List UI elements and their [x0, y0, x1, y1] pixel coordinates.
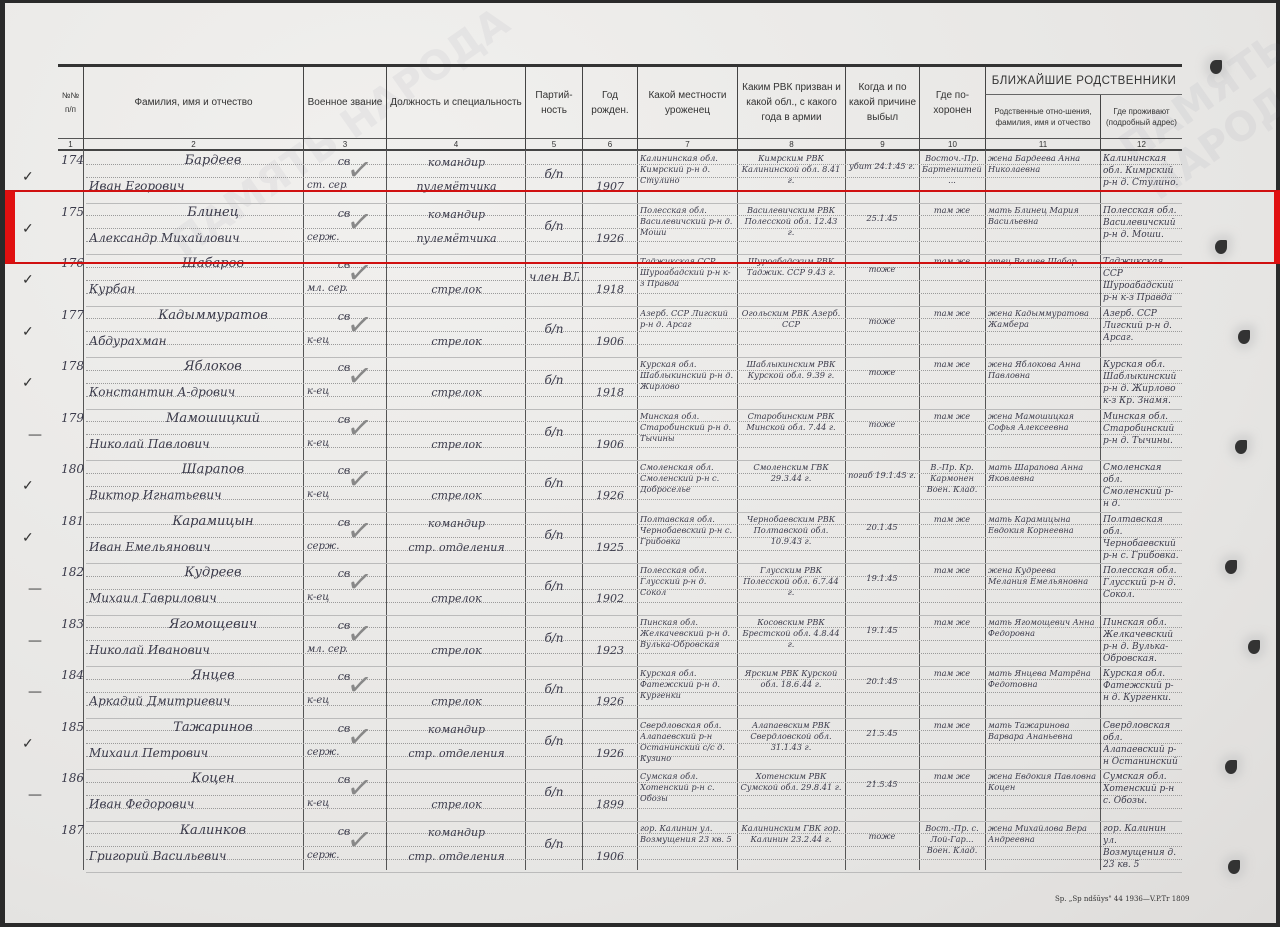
- birthplace: Полесская обл. Глусский р-н д. Сокол: [640, 565, 734, 613]
- date-and-cause: тоже: [848, 359, 916, 415]
- birth-year: 1926: [586, 489, 634, 502]
- birth-year: 1925: [586, 541, 634, 554]
- margin-check-mark: ✓: [22, 736, 34, 752]
- birthplace: Полтавская обл. Чернобаевский р-н с. Гри…: [640, 514, 734, 562]
- record-number: 185: [56, 720, 84, 734]
- header-col-10: Где по-хоронен: [919, 67, 985, 138]
- party: б/п: [529, 373, 579, 387]
- party: б/п: [529, 734, 579, 748]
- position: стр. отделения: [394, 850, 519, 863]
- header-col-9: Когда и по какой причине выбыл: [845, 67, 919, 138]
- verification-tick-icon: ✓: [345, 718, 375, 756]
- military-rank: к-ец: [307, 335, 347, 346]
- birth-year: 1906: [586, 438, 634, 451]
- record-number: 177: [56, 308, 84, 322]
- header-group-relatives: БЛИЖАЙШИЕ РОДСТВЕННИКИ: [985, 67, 1182, 95]
- burial-place: там же: [922, 771, 982, 819]
- position: стрелок: [394, 798, 519, 811]
- date-and-cause: 20.1.45: [848, 514, 916, 570]
- conscription-office: Глусским РВК Полесской обл. 6.7.44 г.: [740, 565, 842, 613]
- margin-check-mark: ✓: [22, 530, 34, 546]
- position-title: командир: [394, 723, 519, 736]
- relative-address: гор. Калинин ул. Возмущения д. 23 кв. 5: [1103, 823, 1179, 871]
- birthplace: Смоленская обл. Смоленский р-н с. Доброс…: [640, 462, 734, 510]
- birth-year: 1899: [586, 798, 634, 811]
- party: б/п: [529, 528, 579, 542]
- header-col-5: Партий-ность: [525, 67, 582, 138]
- relative-name: жена Михайлова Вера Андреевна: [988, 823, 1097, 871]
- burial-place: там же: [922, 411, 982, 459]
- record-number: 178: [56, 359, 84, 373]
- birthplace: гор. Калинин ул. Возмущения 23 кв. 5: [640, 823, 734, 871]
- position: стр. отделения: [394, 747, 519, 760]
- given-names: Константин А-дрович: [89, 385, 299, 399]
- given-names: Михаил Петрович: [89, 746, 299, 760]
- position: стрелок: [394, 592, 519, 605]
- punch-hole: [1238, 330, 1250, 344]
- position-title: командир: [394, 826, 519, 839]
- position: стрелок: [394, 335, 519, 348]
- party: б/п: [529, 682, 579, 696]
- given-names: Николай Иванович: [89, 643, 299, 657]
- margin-check-mark: ✓: [22, 478, 34, 494]
- printer-imprint: Sp. „Sp ndšūys" 44 1936—V.P.Tr 1809: [1055, 895, 1190, 903]
- burial-place: там же: [922, 359, 982, 407]
- given-names: Иван Емельянович: [89, 540, 299, 554]
- position: стрелок: [394, 283, 519, 296]
- military-rank: к-ец: [307, 438, 347, 449]
- surname: Кадыммуратов: [133, 308, 293, 323]
- punch-hole: [1210, 60, 1222, 74]
- verification-tick-icon: ✓: [345, 151, 375, 189]
- verification-tick-icon: ✓: [345, 512, 375, 550]
- date-and-cause: тоже: [848, 308, 916, 364]
- burial-place: там же: [922, 720, 982, 768]
- birth-year: 1902: [586, 592, 634, 605]
- burial-place: там же: [922, 514, 982, 562]
- surname: Ягомощевич: [133, 617, 293, 632]
- surname: Калинков: [133, 823, 293, 838]
- header-col-1: №№ п/п: [58, 67, 83, 138]
- conscription-office: Шаблыкинским РВК Курской обл. 9.39 г.: [740, 359, 842, 407]
- relative-address: Курская обл. Фатежский р-н д. Кургенки.: [1103, 668, 1179, 716]
- surname: Карамицын: [133, 514, 293, 529]
- verification-tick-icon: ✓: [345, 821, 375, 859]
- relative-address: Азерб. ССР Лигский р-н д. Арсаг.: [1103, 308, 1179, 356]
- party: б/п: [529, 837, 579, 851]
- conscription-office: Старобинским РВК Минской обл. 7.44 г.: [740, 411, 842, 459]
- surname: Шарапов: [133, 462, 293, 477]
- relative-name: мать Шарапова Анна Яковлевна: [988, 462, 1097, 510]
- conscription-office: Ярским РВК Курской обл. 18.6.44 г.: [740, 668, 842, 716]
- relative-address: Минская обл. Старобинский р-н д. Тычины.: [1103, 411, 1179, 459]
- margin-check-mark: —: [28, 427, 42, 443]
- header-col-7: Какой местности уроженец: [637, 67, 737, 138]
- position-title: командир: [394, 517, 519, 530]
- relative-address: Полтавская обл. Чернобаевский р-н с. Гри…: [1103, 514, 1179, 562]
- conscription-office: Огольским РВК Азерб. ССР: [740, 308, 842, 356]
- birth-year: 1906: [586, 850, 634, 863]
- relative-name: мать Ягомощевич Анна Федоровна: [988, 617, 1097, 665]
- surname: Тажаринов: [133, 720, 293, 735]
- relative-name: жена Евдокия Павловна Коцен: [988, 771, 1097, 819]
- military-rank: к-ец: [307, 489, 347, 500]
- party: б/п: [529, 785, 579, 799]
- verification-tick-icon: ✓: [345, 615, 375, 653]
- military-rank: серж.: [307, 747, 347, 758]
- date-and-cause: 19.1.45: [848, 617, 916, 673]
- burial-place: там же: [922, 308, 982, 356]
- surname: Коцен: [133, 771, 293, 786]
- military-rank: к-ец: [307, 798, 347, 809]
- position: стрелок: [394, 695, 519, 708]
- conscription-office: Косовским РВК Брестской обл. 4.8.44 г.: [740, 617, 842, 665]
- conscription-office: Алапаевским РВК Свердловской обл. 31.1.4…: [740, 720, 842, 768]
- given-names: Николай Павлович: [89, 437, 299, 451]
- record-number: 174: [56, 153, 84, 167]
- header-col-11: Родственные отно-шения, фамилия, имя и о…: [985, 95, 1100, 138]
- surname: Бардеев: [133, 153, 293, 168]
- surname: Янцев: [133, 668, 293, 683]
- birthplace: Свердловская обл. Алапаевский р-н Остани…: [640, 720, 734, 768]
- given-names: Виктор Игнатьевич: [89, 488, 299, 502]
- margin-check-mark: ✓: [22, 272, 34, 288]
- conscription-office: Хотенским РВК Сумской обл. 29.8.41 г.: [740, 771, 842, 819]
- relative-name: мать Карамицына Евдокия Корнеевна: [988, 514, 1097, 562]
- punch-hole: [1248, 640, 1260, 654]
- military-rank: серж.: [307, 541, 347, 552]
- verification-tick-icon: ✓: [345, 563, 375, 601]
- birthplace: Сумская обл. Хотенский р-н с. Обозы: [640, 771, 734, 819]
- relative-name: мать Янцева Матрёна Федотовна: [988, 668, 1097, 716]
- date-and-cause: 20.1.45: [848, 668, 916, 724]
- record-number: 182: [56, 565, 84, 579]
- punch-hole: [1225, 560, 1237, 574]
- birthplace: Пинская обл. Желкачевский р-н д. Вулька-…: [640, 617, 734, 665]
- verification-tick-icon: ✓: [345, 769, 375, 807]
- punch-hole: [1235, 440, 1247, 454]
- birth-year: 1918: [586, 283, 634, 296]
- relative-name: жена Мамошицкая Софья Алексеевна: [988, 411, 1097, 459]
- birth-year: 1926: [586, 695, 634, 708]
- verification-tick-icon: ✓: [345, 306, 375, 344]
- relative-name: мать Тажаринова Варвара Ананьевна: [988, 720, 1097, 768]
- conscription-office: Калининским ГВК гор. Калинин 23.2.44 г.: [740, 823, 842, 871]
- relative-address: Сумская обл. Хотенский р-н с. Обозы.: [1103, 771, 1179, 819]
- party: б/п: [529, 167, 579, 181]
- birth-year: 1918: [586, 386, 634, 399]
- margin-check-mark: ✓: [22, 169, 34, 185]
- relative-name: жена Кудреева Мелания Емельяновна: [988, 565, 1097, 613]
- birth-year: 1926: [586, 747, 634, 760]
- record-number: 184: [56, 668, 84, 682]
- relative-address: Пинская обл. Желкачевский р-н д. Вулька-…: [1103, 617, 1179, 665]
- burial-place: В.-Пр. Кр. Кармонен Воен. Клад.: [922, 462, 982, 510]
- relative-address: Смоленская обл. Смоленский р-н д. Доброс…: [1103, 462, 1179, 510]
- relative-address: Свердловская обл. Алапаевский р-н Остани…: [1103, 720, 1179, 768]
- date-and-cause: тоже: [848, 256, 916, 312]
- verification-tick-icon: ✓: [345, 409, 375, 447]
- margin-check-mark: —: [28, 581, 42, 597]
- row-rule: [86, 872, 1182, 873]
- relative-name: жена Яблокова Анна Павловна: [988, 359, 1097, 407]
- surname: Кудреев: [133, 565, 293, 580]
- birth-year: 1906: [586, 335, 634, 348]
- relative-address: Полесская обл. Глусский р-н д. Сокол.: [1103, 565, 1179, 613]
- conscription-office: Чернобаевским РВК Полтавской обл. 10.9.4…: [740, 514, 842, 562]
- margin-check-mark: —: [28, 684, 42, 700]
- military-rank: серж.: [307, 850, 347, 861]
- burial-place: там же: [922, 668, 982, 716]
- header-col-12: Где проживают (подробный адрес): [1100, 95, 1182, 138]
- date-and-cause: тоже: [848, 823, 916, 879]
- military-rank: мл. серж.: [307, 283, 347, 294]
- header-col-4: Должность и специальность: [386, 67, 525, 138]
- given-names: Аркадий Дмитриевич: [89, 694, 299, 708]
- header-col-6: Год рожден.: [582, 67, 637, 138]
- record-highlight-175: [5, 190, 1280, 264]
- birthplace: Курская обл. Шаблыкинский р-н д. Жирлово: [640, 359, 734, 407]
- burial-place: Вост.-Пр. с. Лой-Гар... Воен. Клад.: [922, 823, 982, 871]
- header-col-3: Военное звание: [303, 67, 386, 138]
- record-number: 186: [56, 771, 84, 785]
- birthplace: Азерб. ССР Лигский р-н д. Арсаг: [640, 308, 734, 356]
- position: стрелок: [394, 438, 519, 451]
- record-number: 179: [56, 411, 84, 425]
- verification-tick-icon: ✓: [345, 357, 375, 395]
- military-rank: к-ец: [307, 386, 347, 397]
- given-names: Михаил Гаврилович: [89, 591, 299, 605]
- burial-place: там же: [922, 565, 982, 613]
- conscription-office: Смоленским ГВК 29.3.44 г.: [740, 462, 842, 510]
- date-and-cause: 21.5.45: [848, 720, 916, 776]
- margin-check-mark: ✓: [22, 375, 34, 391]
- margin-check-mark: —: [28, 633, 42, 649]
- relative-address: Курская обл. Шаблыкинский р-н д. Жирлово…: [1103, 359, 1179, 407]
- margin-check-mark: ✓: [22, 324, 34, 340]
- given-names: Курбан: [89, 282, 299, 296]
- military-rank: к-ец: [307, 695, 347, 706]
- position: стрелок: [394, 386, 519, 399]
- party: б/п: [529, 322, 579, 336]
- punch-hole: [1225, 760, 1237, 774]
- punch-hole: [1228, 860, 1240, 874]
- military-rank: к-ец: [307, 592, 347, 603]
- header-col-2: Фамилия, имя и отчество: [83, 67, 303, 138]
- record-number: 180: [56, 462, 84, 476]
- date-and-cause: погиб 19.1.45 г.: [848, 462, 916, 518]
- date-and-cause: 19.1.45: [848, 565, 916, 621]
- position: стрелок: [394, 644, 519, 657]
- party: б/п: [529, 476, 579, 490]
- date-and-cause: 21.5.45: [848, 771, 916, 827]
- record-number: 187: [56, 823, 84, 837]
- military-rank: мл. серж.: [307, 644, 347, 655]
- birthplace: Минская обл. Старобинский р-н д. Тычины: [640, 411, 734, 459]
- birthplace: Курская обл. Фатежский р-н д. Кургенки: [640, 668, 734, 716]
- surname: Мамошицкий: [133, 411, 293, 426]
- party: член ВЛКСМ: [529, 270, 579, 284]
- header-col-8: Каким РВК призван и какой обл., с какого…: [737, 67, 845, 138]
- verification-tick-icon: ✓: [345, 666, 375, 704]
- given-names: Иван Федорович: [89, 797, 299, 811]
- record-number: 183: [56, 617, 84, 631]
- given-names: Абдурахман: [89, 334, 299, 348]
- margin-check-mark: —: [28, 787, 42, 803]
- surname: Яблоков: [133, 359, 293, 374]
- party: б/п: [529, 631, 579, 645]
- party: б/п: [529, 579, 579, 593]
- birth-year: 1923: [586, 644, 634, 657]
- position: стрелок: [394, 489, 519, 502]
- party: б/п: [529, 425, 579, 439]
- relative-name: жена Кадыммуратова Жамбера: [988, 308, 1097, 356]
- verification-tick-icon: ✓: [345, 460, 375, 498]
- record-number: 181: [56, 514, 84, 528]
- burial-place: там же: [922, 617, 982, 665]
- position-title: командир: [394, 156, 519, 169]
- date-and-cause: тоже: [848, 411, 916, 467]
- position: стр. отделения: [394, 541, 519, 554]
- given-names: Григорий Васильевич: [89, 849, 299, 863]
